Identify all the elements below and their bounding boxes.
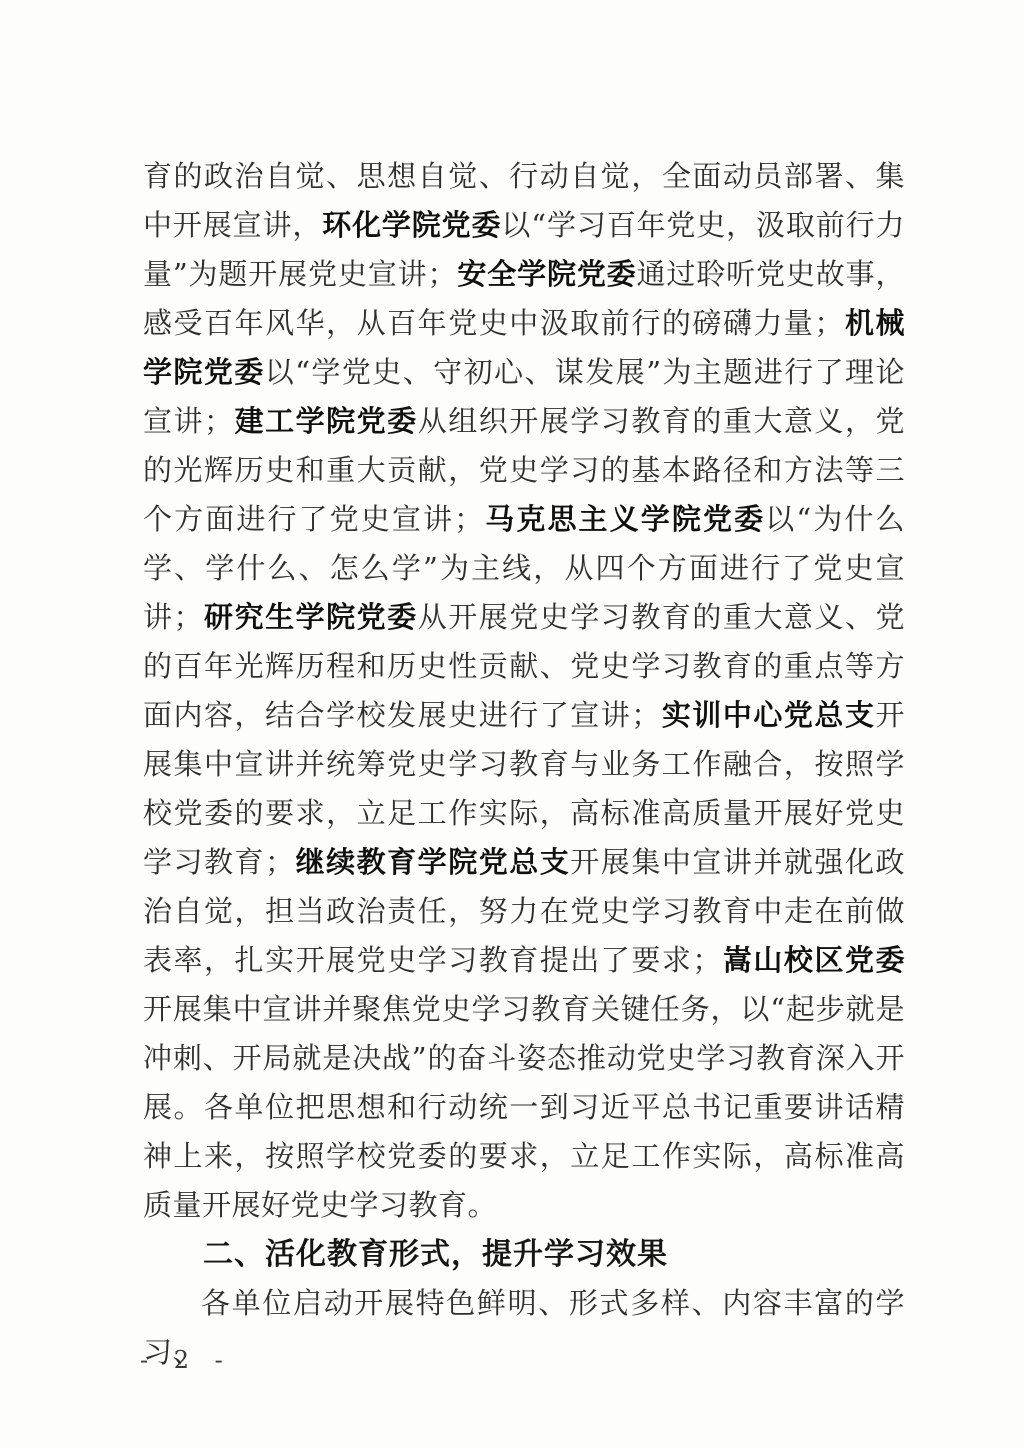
unit-name-emphasis: 环化学院党委: [322, 208, 501, 242]
unit-name-emphasis: 马克思主义学院党委: [484, 502, 766, 536]
unit-name-emphasis: 实训中心党总支: [661, 698, 876, 732]
unit-name-emphasis: 建工学院党委: [234, 404, 418, 438]
unit-name-emphasis: 研究生学院党委: [203, 600, 418, 634]
document-page: 育的政治自觉、思想自觉、行动自觉，全面动员部署、集中开展宣讲，环化学院党委以“学…: [0, 0, 1024, 1448]
body-text-run: 各单位启动开展特色鲜明、形式多样、内容丰富的学习、: [143, 1286, 905, 1369]
document-text-block: 育的政治自觉、思想自觉、行动自觉，全面动员部署、集中开展宣讲，环化学院党委以“学…: [143, 152, 905, 1377]
body-text-run: 开展集中宣讲并聚焦党史学习教育关键任务，以“起步就是冲刺、开局就是决战”的奋斗姿…: [143, 992, 905, 1222]
paragraph-opening: 各单位启动开展特色鲜明、形式多样、内容丰富的学习、: [143, 1279, 905, 1377]
page-number-label: - 2 -: [140, 1345, 232, 1375]
paragraph-continuation: 育的政治自觉、思想自觉、行动自觉，全面动员部署、集中开展宣讲，环化学院党委以“学…: [143, 152, 905, 1230]
unit-name-emphasis: 嵩山校区党委: [722, 943, 905, 977]
unit-name-emphasis: 安全学院党委: [457, 257, 637, 291]
section-heading: 二、活化教育形式，提升学习效果: [143, 1230, 905, 1279]
unit-name-emphasis: 继续教育学院党总支: [295, 845, 571, 879]
